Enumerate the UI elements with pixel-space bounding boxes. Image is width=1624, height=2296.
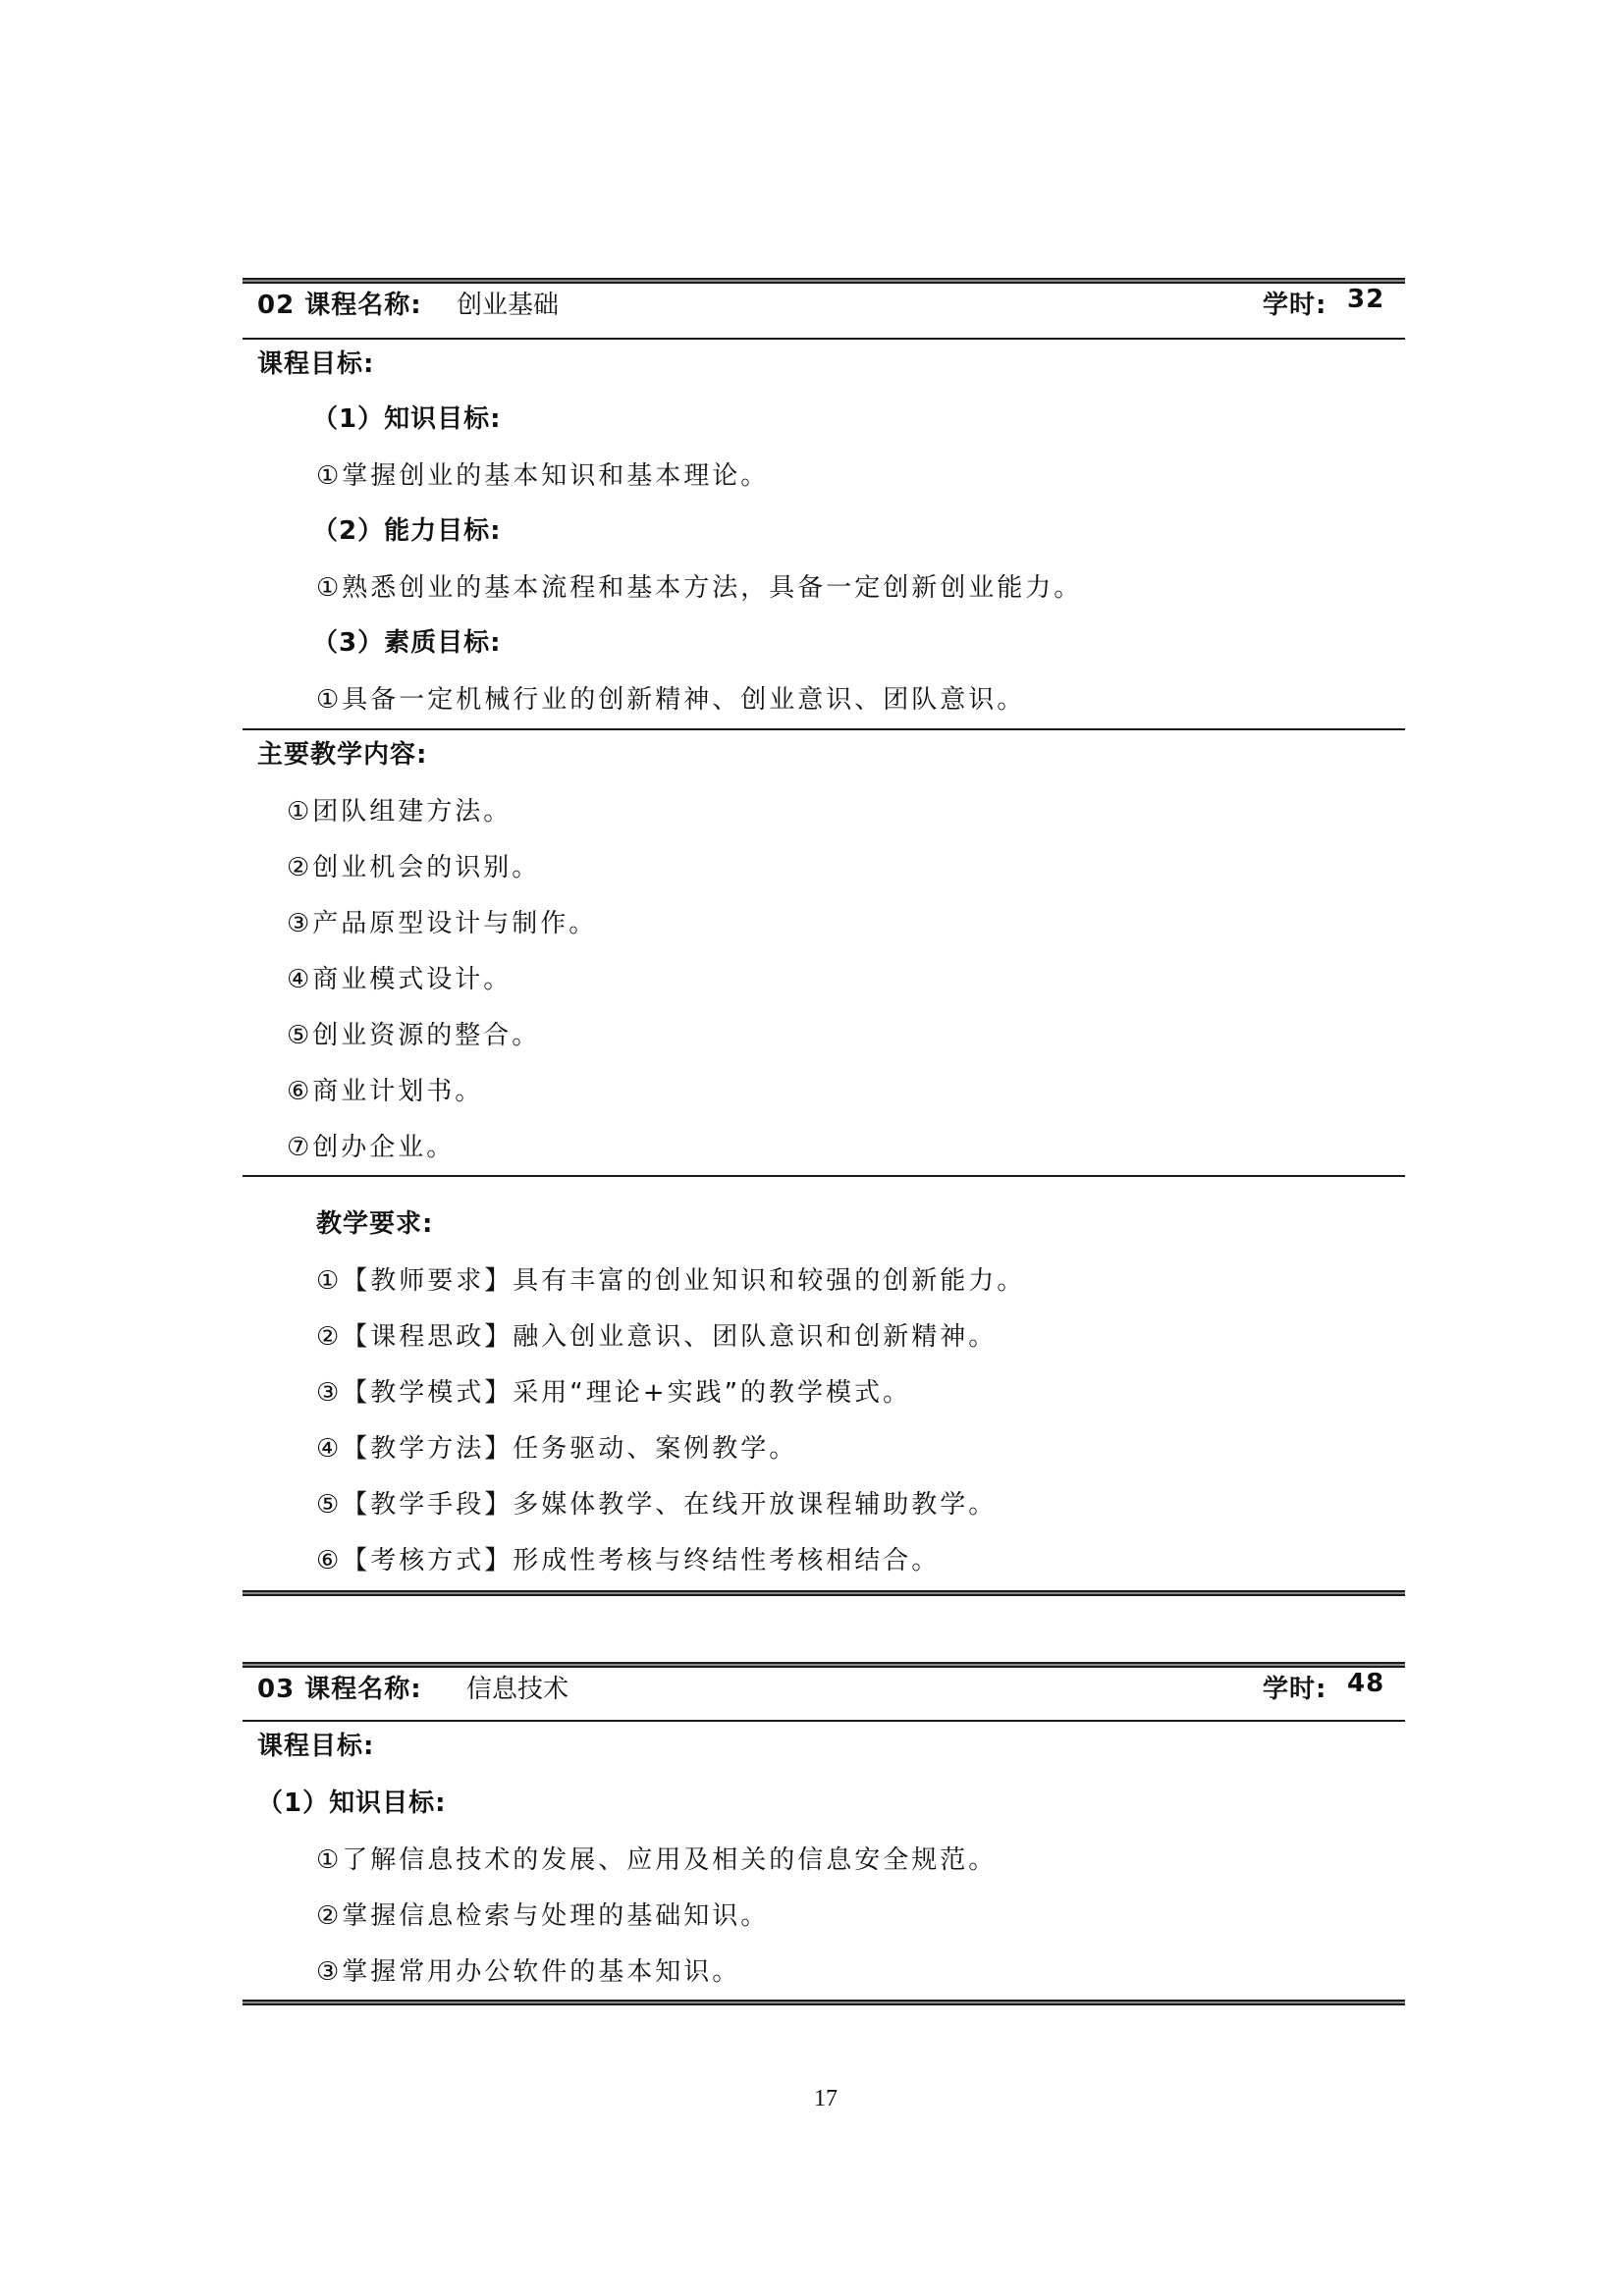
course02-objectives-heading: 课程目标: [257, 344, 374, 380]
course03-number-label: 03 课程名称: [257, 1669, 422, 1705]
course03-header-rule [243, 1720, 1405, 1722]
course03-top-double-rule [243, 1662, 1405, 1668]
course02-requirement-item: ③【教学模式】采用“理论+实践”的教学模式。 [316, 1372, 911, 1409]
course02-top-double-rule [243, 278, 1405, 284]
course03-hours-value: 48 [1347, 1669, 1384, 1698]
course02-name: 创业基础 [457, 285, 559, 321]
course02-requirement-item: ④【教学方法】任务驱动、案例教学。 [316, 1428, 797, 1465]
course02-number-label: 02 课程名称: [257, 285, 422, 321]
course02-bottom-double-rule [243, 1590, 1405, 1596]
course02-requirement-item: ①【教师要求】具有丰富的创业知识和较强的创新能力。 [316, 1260, 1025, 1297]
course02-content-item: ②创业机会的识别。 [287, 847, 540, 883]
course02-content-item: ⑦创办企业。 [287, 1127, 455, 1163]
course02-content-item: ⑤创业资源的整合。 [287, 1015, 540, 1051]
course02-requirement-item: ②【课程思政】融入创业意识、团队意识和创新精神。 [316, 1316, 997, 1353]
course02-requirement-item: ⑥【考核方式】形成性考核与终结性考核相结合。 [316, 1540, 940, 1576]
course02-objective-knowledge-heading: （1）知识目标: [312, 399, 502, 435]
page-number: 17 [814, 2086, 838, 2112]
course02-content-rule [243, 728, 1405, 730]
course03-objective-item: ①了解信息技术的发展、应用及相关的信息安全规范。 [316, 1840, 997, 1876]
course03-hours-label: 学时: [1263, 1669, 1326, 1705]
course02-objective-ability-heading: （2）能力目标: [312, 510, 502, 547]
course02-objective-knowledge-item: ①掌握创业的基本知识和基本理论。 [316, 455, 769, 492]
course02-objective-ability-item: ①熟悉创业的基本流程和基本方法，具备一定创新创业能力。 [316, 567, 1082, 604]
course03-objectives-heading: 课程目标: [257, 1726, 374, 1762]
course02-objective-quality-item: ①具备一定机械行业的创新精神、创业意识、团队意识。 [316, 679, 1025, 716]
course02-content-heading: 主要教学内容: [257, 734, 427, 771]
course02-objective-quality-heading: （3）素质目标: [312, 622, 502, 659]
course02-requirements-heading: 教学要求: [316, 1203, 433, 1240]
course02-hours-value: 32 [1347, 285, 1384, 314]
course02-content-item: ①团队组建方法。 [287, 791, 512, 828]
course03-objective-item: ③掌握常用办公软件的基本知识。 [316, 1951, 740, 1988]
course02-requirements-rule [243, 1175, 1405, 1177]
course03-bottom-double-rule [243, 2000, 1405, 2005]
course02-header-rule [243, 338, 1405, 340]
course03-objective-item: ②掌握信息检索与处理的基础知识。 [316, 1896, 769, 1932]
course03-name: 信息技术 [466, 1669, 568, 1705]
course02-content-item: ③产品原型设计与制作。 [287, 903, 597, 939]
course03-objective-knowledge-heading: （1）知识目标: [257, 1783, 447, 1819]
course02-hours-label: 学时: [1263, 285, 1326, 321]
course02-requirement-item: ⑤【教学手段】多媒体教学、在线开放课程辅助教学。 [316, 1484, 997, 1521]
course02-content-item: ④商业模式设计。 [287, 959, 512, 995]
course02-content-item: ⑥商业计划书。 [287, 1071, 483, 1107]
